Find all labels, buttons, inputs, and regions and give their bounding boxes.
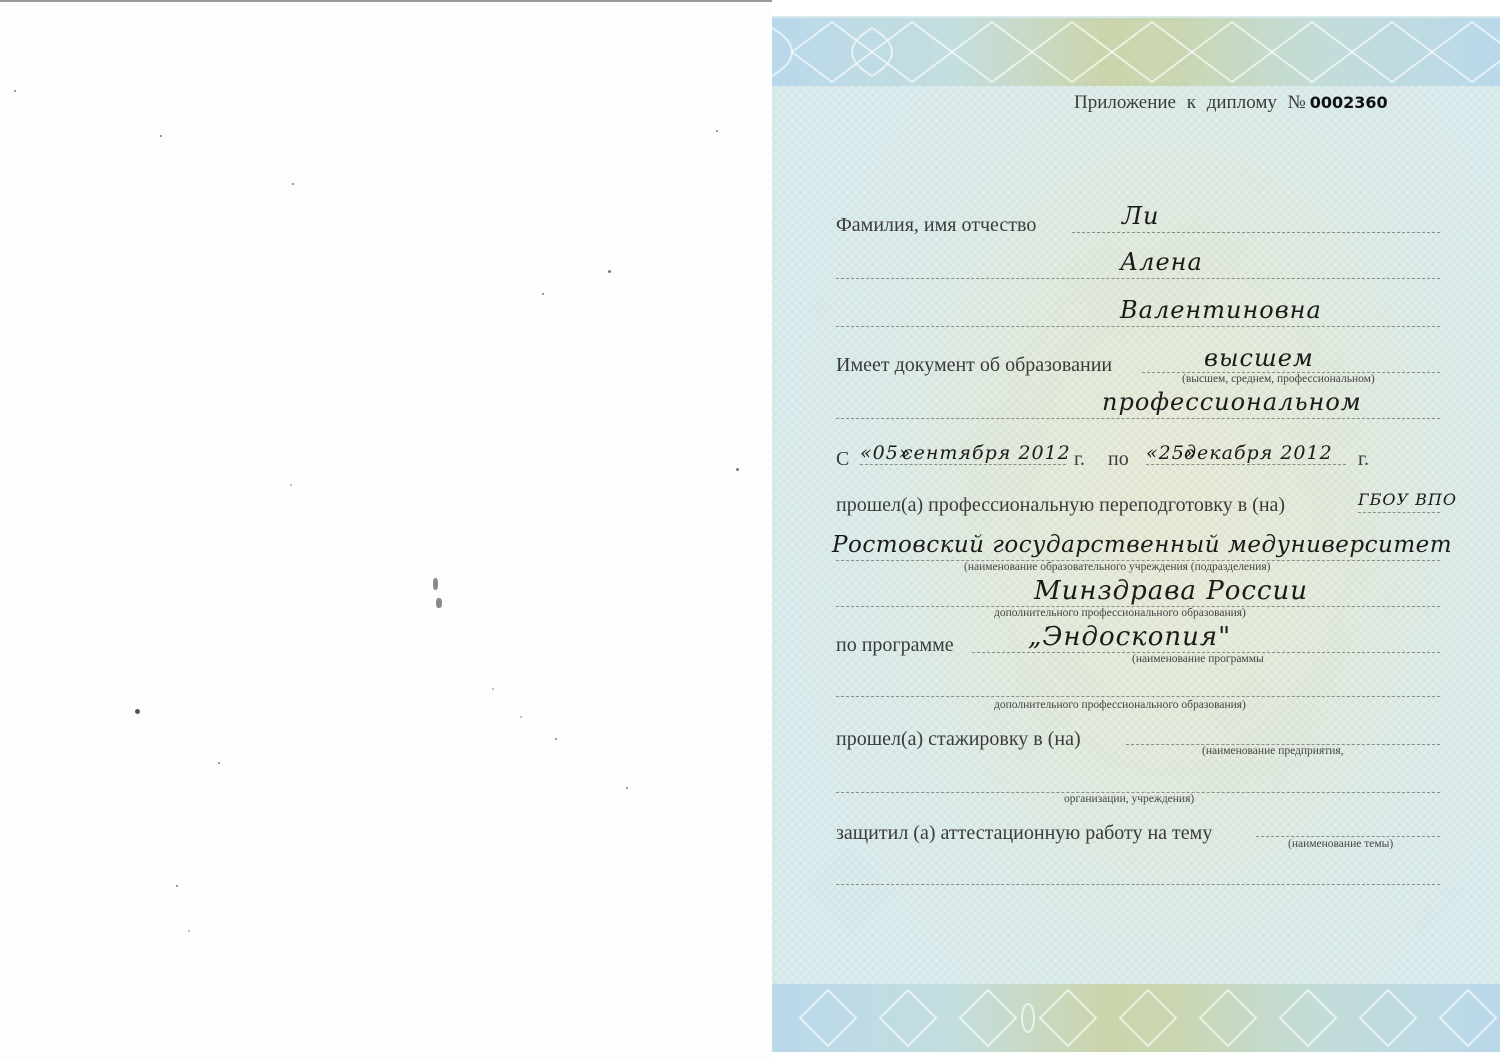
scan-speck [290,484,292,486]
page-top-edge [0,0,772,2]
retraining-hint-2: дополнительного профессионального образо… [994,607,1246,619]
retraining-hint-1: (наименование образовательного учреждени… [964,561,1270,573]
retraining-line-1 [1358,512,1440,513]
scan-speck [14,90,16,92]
thesis-line-2 [836,884,1440,885]
period-year-suffix-1: г. [1074,448,1085,471]
security-pattern-bottom-band [772,984,1500,1052]
scan-speck [433,578,438,590]
scan-speck [176,885,178,887]
left-blank-page [0,0,772,1060]
program-hint-1: (наименование программы [1132,653,1264,665]
period-year-suffix-2: г. [1358,448,1369,471]
scan-speck [436,598,442,608]
retraining-label: прошел(а) профессиональную переподготовк… [836,494,1285,517]
period-from-line [860,464,1066,465]
scan-speck [292,183,294,185]
program-line-2 [836,696,1440,697]
diploma-number: 0002360 [1310,93,1388,112]
education-value-1: высшем [1204,344,1314,372]
scan-speck [160,135,162,137]
security-pattern-top-band [772,18,1500,86]
period-to-line [1146,464,1346,465]
thesis-label: защитил (а) аттестационную работу на тем… [836,822,1212,845]
period-from-date: сентября 2012 [902,442,1071,464]
scan-speck [608,270,611,273]
scan-speck [716,130,718,132]
fio-label: Фамилия, имя отчество [836,214,1036,237]
scan-speck [626,787,628,789]
scan-speck [135,709,140,714]
fio-name: Алена [1120,248,1203,276]
education-label: Имеет документ об образовании [836,354,1112,377]
internship-hint-2: организации, учреждения) [1064,793,1194,805]
internship-label: прошел(а) стажировку в (на) [836,728,1081,751]
internship-hint-1: (наименование предприятия, [1202,745,1344,757]
scan-speck [218,762,220,764]
fio-line-2 [836,278,1440,279]
fio-line-3 [836,326,1440,327]
education-hint: (высшем, среднем, профессиональном) [1182,373,1375,385]
fio-patronymic: Валентиновна [1120,296,1322,324]
retraining-value-1: ГБОУ ВПО [1358,490,1457,509]
scan-speck [188,930,190,932]
fio-surname: Ли [1122,202,1159,230]
period-to-date: декабря 2012 [1184,442,1333,464]
scan-speck [492,688,494,690]
period-from-prefix: С [836,448,849,471]
scan-speck [555,738,557,740]
education-line-2 [836,418,1440,419]
retraining-value-2: Ростовский государственный медуниверсите… [832,532,1452,558]
fio-line-1 [1072,232,1440,233]
supplement-title: Приложение к диплому № 0002360 [1074,92,1388,114]
education-value-2: профессиональном [1102,388,1362,416]
scan-speck [520,716,522,718]
scan-speck [736,468,739,471]
program-value: „Эндоскопия" [1028,622,1231,652]
scan-speck [542,293,544,295]
program-hint-2: дополнительного профессионального образо… [994,699,1246,711]
period-to-prefix: по [1108,448,1129,471]
thesis-line-1 [1256,836,1440,837]
diploma-supplement-page: Приложение к диплому № 0002360 Фамилия, … [772,16,1500,1052]
program-label: по программе [836,634,954,657]
retraining-value-3: Минздрава России [1034,576,1308,606]
thesis-hint: (наименование темы) [1288,838,1393,850]
